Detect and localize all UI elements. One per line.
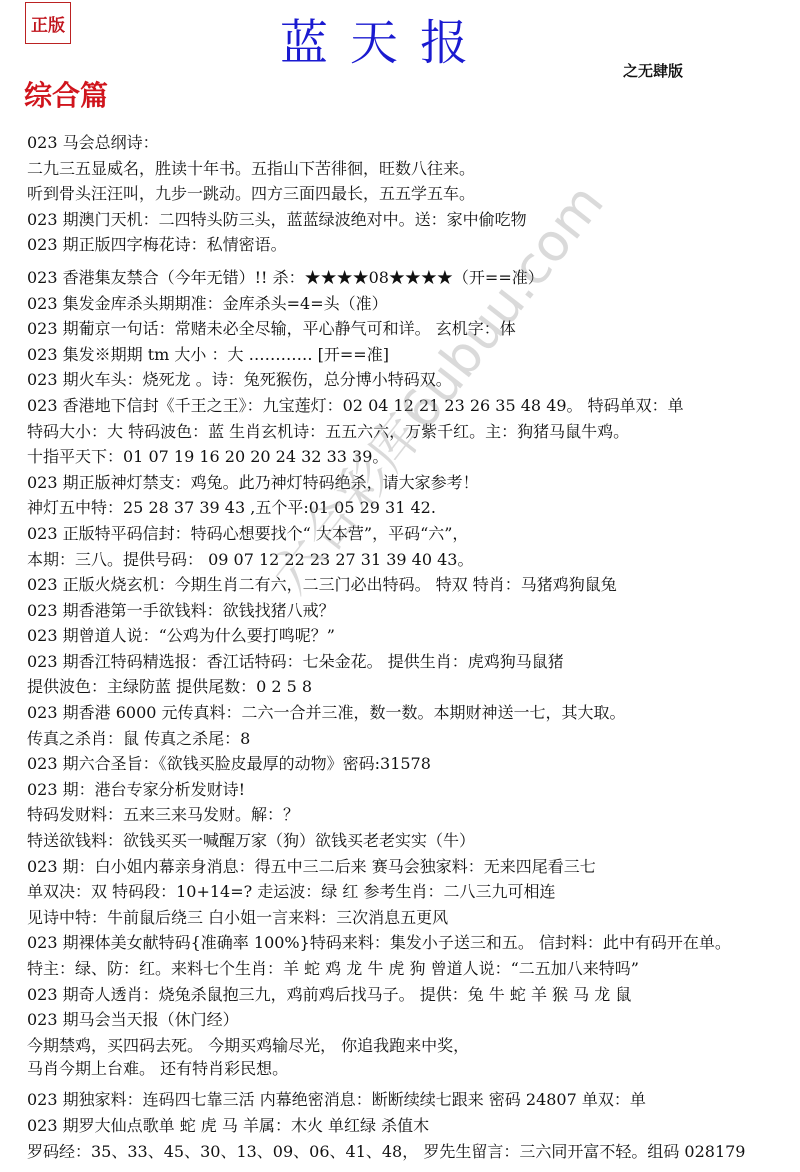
text-line: 023 期裸体美女献特码{准确率 100%}特码来料：集发小子送三和五。 信封料… [27, 930, 797, 956]
text-line: 本期：三八。提供号码： 09 07 12 22 23 27 31 39 40 4… [27, 547, 797, 573]
text-line: 023 期：港台专家分析发财诗! [27, 777, 797, 803]
text-line: 特主：绿、防：红。来料七个生肖：羊 蛇 鸡 龙 牛 虎 狗 曾道人说：“二五加八… [27, 956, 797, 982]
text-line: 神灯五中特：25 28 37 39 43 ,五个平:01 05 29 31 42… [27, 495, 797, 521]
text-line: 特码发财料：五来三来马发财。解：？ [27, 802, 797, 828]
text-line: 023 期香港 6000 元传真料：二六一合并三准，数一数。本期财神送一七，其大… [27, 700, 797, 726]
text-line: 023 期曾道人说：“公鸡为什么要打鸣呢？” [27, 623, 797, 649]
text-line: 023 正版火烧玄机：今期生肖二有六，二三门必出特码。 特双 特肖：马猪鸡狗鼠兔 [27, 572, 797, 598]
text-line: 023 期罗大仙点歌单 蛇 虎 马 羊属：木火 单红绿 杀值木 [27, 1113, 797, 1139]
genuine-badge: 正版 [25, 2, 71, 44]
text-line: 传真之杀肖：鼠 传真之杀尾：8 [27, 726, 797, 752]
text-line: 023 期六合圣旨：《欲钱买脸皮最厚的动物》密码:31578 [27, 751, 797, 777]
text-line: 023 期正版神灯禁支：鸡兔。此乃神灯特码绝杀，请大家参考！ [27, 470, 797, 496]
text-line: 马肖今期上台难。 还有特肖彩民想。 [27, 1058, 797, 1080]
text-line: 特送欲钱料：欲钱买买一喊醒万家（狗）欲钱买老老实实（牛） [27, 828, 797, 854]
section-heading: 综合篇 [24, 74, 108, 114]
text-line: 023 正版特平码信封：特码心想要找个“ 大本营”，平码“六”， [27, 521, 797, 547]
text-line: 023 期独家料：连码四七靠三活 内幕绝密消息：断断续续七跟来 密码 24807… [27, 1087, 797, 1113]
text-line: 今期禁鸡，买四码去死。 今期买鸡输尽光， 你追我跑来中奖， [27, 1033, 797, 1059]
text-line: 罗码经：35、33、45、30、13、09、06、41、48， 罗先生留言：三六… [27, 1139, 797, 1165]
text-line: 023 期香港第一手欲钱料：欲钱找猪八戒？ [27, 598, 797, 624]
text-line: 提供波色：主绿防蓝 提供尾数：0 2 5 8 [27, 674, 797, 700]
content-lines: 023 马会总纲诗： 二九三五显威名，胜读十年书。五指山下苦徘徊，旺数八往来。 … [27, 130, 797, 1164]
text-line: 023 马会总纲诗： [27, 130, 797, 156]
text-line: 023 期奇人透肖：烧兔杀鼠抱三九，鸡前鸡后找马子。 提供：兔 牛 蛇 羊 猴 … [27, 982, 797, 1008]
text-line: 特码大小：大 特码波色：蓝 生肖玄机诗：五五六六，万紫千红。主：狗猪马鼠牛鸡。 [27, 419, 797, 445]
text-line: 023 期正版四字梅花诗：私情密语。 [27, 232, 797, 258]
text-line: 023 期火车头：烧死龙 。诗：兔死猴伤，总分博小特码双。 [27, 367, 797, 393]
edition-label: 之无肆版 [623, 60, 683, 81]
text-line: 023 期葡京一句话：常赌未必全尽输，平心静气可和详。 玄机字：体 [27, 316, 797, 342]
text-line: 023 香港集友禁合（今年无错）!! 杀：★★★★08★★★★（开==准） [27, 265, 797, 291]
text-line: 023 集发※期期 tm 大小 ：大 ………… [开==准] [27, 342, 797, 368]
text-line: 023 期澳门天机：二四特头防三头，蓝蓝绿波绝对中。送：家中偷吃物 [27, 207, 797, 233]
text-line: 听到骨头汪汪叫，九步一跳动。四方三面四最长，五五学五车。 [27, 181, 797, 207]
text-line: 十指平天下：01 07 19 16 20 20 24 32 33 39。 [27, 444, 797, 470]
text-line: 023 集发金库杀头期期准：金库杀头=4=头（准） [27, 291, 797, 317]
page-title: 蓝天报 [280, 4, 490, 73]
text-line: 见诗中特：牛前鼠后绕三 白小姐一言来料：三次消息五更风 [27, 905, 797, 931]
text-line: 023 期香江特码精选报：香江话特码：七朵金花。 提供生肖：虎鸡狗马鼠猪 [27, 649, 797, 675]
text-line: 023 香港地下信封《千王之王》：九宝莲灯：02 04 12 21 23 26 … [27, 393, 797, 419]
text-line: 023 期马会当天报（休门经） [27, 1007, 797, 1033]
text-line: 二九三五显威名，胜读十年书。五指山下苦徘徊，旺数八往来。 [27, 156, 797, 182]
text-line: 023 期：白小姐内幕亲身消息：得五中三二后来 赛马会独家料：无来四尾看三七 [27, 854, 797, 880]
text-line: 单双决：双 特码段：10+14=? 走运波：绿 红 参考生肖：二八三九可相连 [27, 879, 797, 905]
